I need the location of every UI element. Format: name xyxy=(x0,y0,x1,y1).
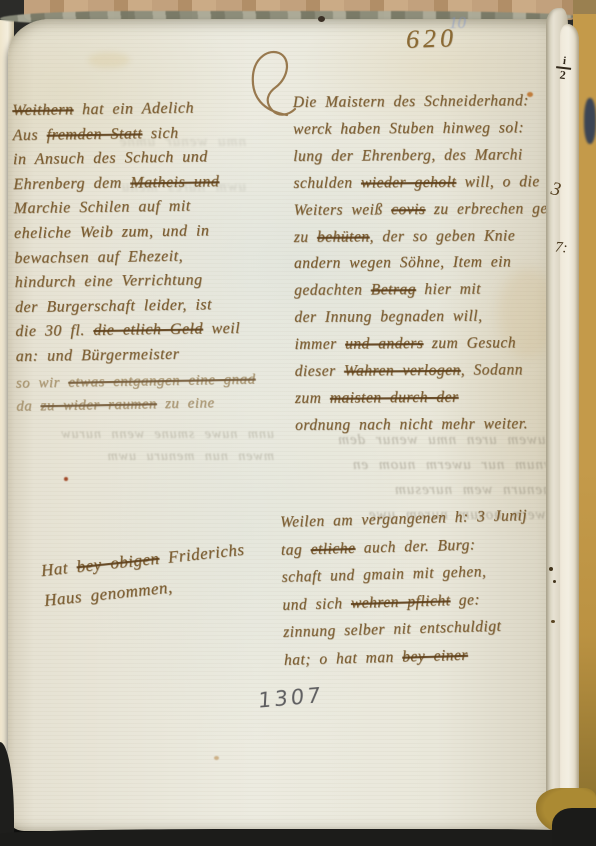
fraction-denominator: 2 xyxy=(554,68,570,83)
ink-speck xyxy=(64,477,68,481)
handwriting-line: zu behüten, der so geben Knie xyxy=(294,223,564,252)
paper-stain xyxy=(88,52,130,68)
ink-speck xyxy=(551,620,555,623)
handwriting-line: wnum nur uwerm nuom en xyxy=(252,453,554,478)
handwriting-right-column: Die Maistern des Schneiderhand:werck hab… xyxy=(293,88,565,440)
handwriting-line: zum maisten durch der xyxy=(295,384,565,413)
handwriting-line: Weiters weiß covis zu erbrechen ge: xyxy=(294,196,564,225)
next-page-edge xyxy=(560,24,579,824)
handwriting-line: der Innung begnaden will, xyxy=(294,303,564,332)
handwriting-line: ordnung nach nicht mehr weiter. xyxy=(295,411,565,440)
bleedthrough-text: unm nuwe smune wenn nuruwmwen nun menuru… xyxy=(28,424,274,468)
handwriting-line: lung der Ehrenberg, des Marchi xyxy=(293,142,563,171)
ink-speck xyxy=(549,567,553,571)
ink-speck xyxy=(214,756,219,760)
ink-speck xyxy=(553,580,556,583)
handwriting-line: unm nuwe smune wenn nuruw xyxy=(28,424,274,446)
margin-mark: 7: xyxy=(554,240,568,258)
handwriting-line: immer und anders zum Gesuch xyxy=(294,330,564,359)
ink-speck xyxy=(318,16,325,22)
handwriting-note-right: Weilen am vergangenen h: 3 Junijtag etli… xyxy=(280,501,566,674)
handwriting-line: an: und Bürgermeister xyxy=(16,341,316,370)
bottom-background xyxy=(0,829,596,846)
handwriting-line: andern wegen Söhne, Item ein xyxy=(294,249,564,278)
binding-dark-patch xyxy=(584,98,596,144)
bottom-right-shadow xyxy=(552,808,596,846)
handwriting-left-column: Weithern hat ein AdelichAus fremden Stat… xyxy=(12,95,316,370)
handwriting-line: schulden wieder geholt will, o die xyxy=(293,169,563,198)
manuscript-scan: 620 10 i 2 3 7: 1307 nmu wenur umneuwm n… xyxy=(0,0,596,846)
handwriting-line: gedachten Betrag hier mit xyxy=(294,276,564,305)
handwriting-left-column-faded: so wir etwas entgangen eine gnadda zu wi… xyxy=(16,367,317,418)
ink-speck xyxy=(527,92,533,97)
handwriting-line: Die Maistern des Schneiderhand: xyxy=(293,88,563,117)
folio-number: 620 xyxy=(405,23,457,55)
handwriting-line: mwen nun menuru uwm xyxy=(28,446,274,468)
handwriting-line: werck haben Stuben hinweg sol: xyxy=(293,115,563,144)
edge-fraction-mark: i 2 xyxy=(554,55,572,83)
handwriting-line: dieser Wahren verlogen, Sodann xyxy=(295,357,565,386)
handwriting-line: menurn wem nuresum xyxy=(252,478,554,503)
